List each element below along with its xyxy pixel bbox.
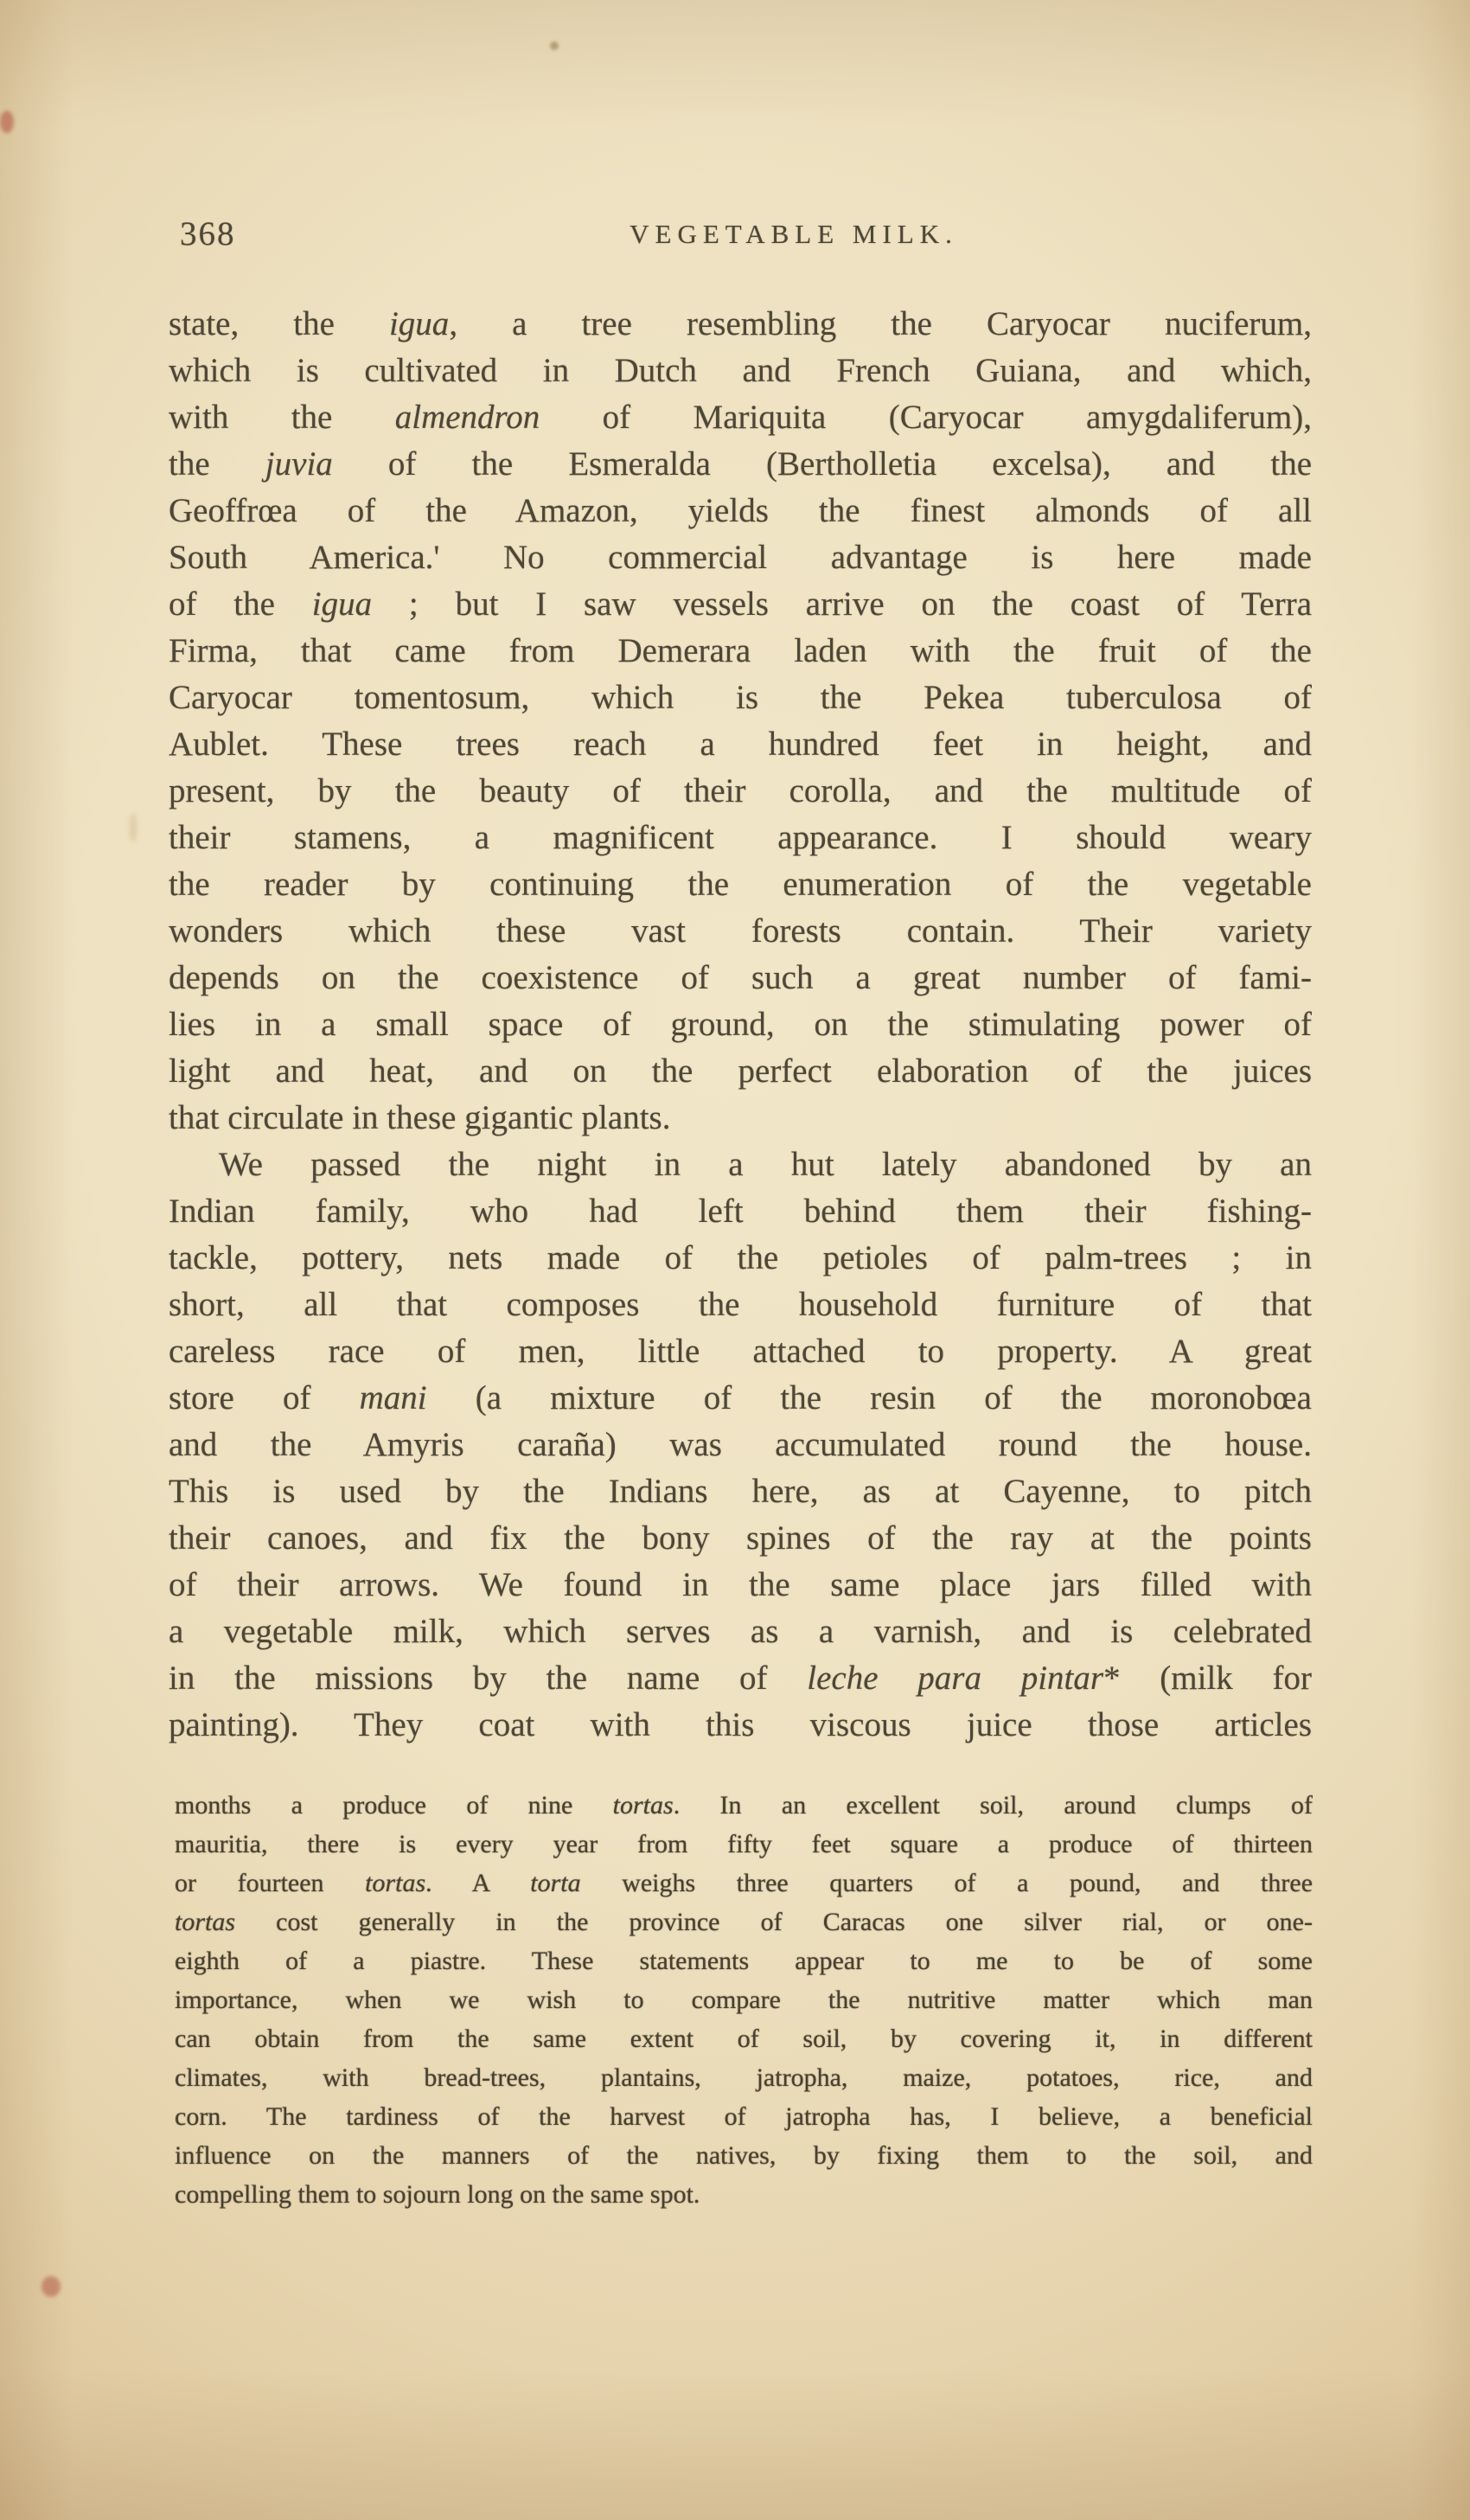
text-line: that circulate in these gigantic plants. xyxy=(169,1095,1312,1142)
text-line: in the missions by the name of leche par… xyxy=(169,1655,1312,1702)
text-line: tortas cost generally in the province of… xyxy=(175,1903,1313,1941)
stain-mark xyxy=(550,42,559,50)
footnote-block: months a produce of nine tortas. In an e… xyxy=(175,1786,1313,2214)
text-line: depends on the coexistence of such a gre… xyxy=(169,955,1312,1001)
text-line: short, all that composes the household f… xyxy=(169,1282,1312,1328)
text-line: South America.' No commercial advantage … xyxy=(169,534,1312,581)
text-line: the reader by continuing the enumeration… xyxy=(169,861,1312,908)
text-line: store of mani (a mixture of the resin of… xyxy=(169,1375,1312,1422)
text-line: which is cultivated in Dutch and French … xyxy=(169,348,1312,394)
text-line: a vegetable milk, which serves as a varn… xyxy=(169,1609,1312,1655)
book-page: 368 VEGETABLE MILK. state, the igua, a t… xyxy=(0,0,1470,2520)
text-line: wonders which these vast forests contain… xyxy=(169,908,1312,955)
text-line: their canoes, and fix the bony spines of… xyxy=(169,1515,1312,1562)
text-line: state, the igua, a tree resembling the C… xyxy=(169,301,1312,348)
text-line: their stamens, a magnificent appearance.… xyxy=(169,815,1312,861)
text-line: mauritia, there is every year from fifty… xyxy=(175,1825,1313,1864)
text-line: tackle, pottery, nets made of the petiol… xyxy=(169,1235,1312,1282)
text-line: the juvia of the Esmeralda (Bertholletia… xyxy=(169,441,1312,488)
main-text-block: state, the igua, a tree resembling the C… xyxy=(169,301,1312,1749)
text-line: with the almendron of Mariquita (Caryoca… xyxy=(169,394,1312,441)
text-line: and the Amyris caraña) was accumulated r… xyxy=(169,1422,1312,1468)
running-title: VEGETABLE MILK. xyxy=(630,219,958,250)
text-line: Geoffrœa of the Amazon, yields the fines… xyxy=(169,488,1312,534)
stain-mark xyxy=(42,2276,61,2297)
text-line: importance, when we wish to compare the … xyxy=(175,1980,1313,2019)
text-line: careless race of men, little attached to… xyxy=(169,1328,1312,1375)
stain-mark xyxy=(0,111,14,133)
text-line: present, by the beauty of their corolla,… xyxy=(169,768,1312,815)
text-line: lies in a small space of ground, on the … xyxy=(169,1001,1312,1048)
text-line: influence on the manners of the natives,… xyxy=(175,2136,1313,2175)
text-line: of their arrows. We found in the same pl… xyxy=(169,1562,1312,1609)
text-line: This is used by the Indians here, as at … xyxy=(169,1468,1312,1515)
stain-mark xyxy=(130,813,137,842)
text-line: painting). They coat with this viscous j… xyxy=(169,1702,1312,1749)
page-number: 368 xyxy=(180,214,236,253)
text-line: Aublet. These trees reach a hundred feet… xyxy=(169,721,1312,768)
text-line: light and heat, and on the perfect elabo… xyxy=(169,1048,1312,1095)
text-line: eighth of a piastre. These statements ap… xyxy=(175,1941,1313,1980)
text-line: months a produce of nine tortas. In an e… xyxy=(175,1786,1313,1825)
text-line: Caryocar tomentosum, which is the Pekea … xyxy=(169,675,1312,721)
text-line: Firma, that came from Demerara laden wit… xyxy=(169,628,1312,675)
text-line: climates, with bread-trees, plantains, j… xyxy=(175,2058,1313,2097)
text-line: can obtain from the same extent of soil,… xyxy=(175,2019,1313,2058)
text-line: or fourteen tortas. A torta weighs three… xyxy=(175,1864,1313,1903)
text-line: Indian family, who had left behind them … xyxy=(169,1188,1312,1235)
text-line: of the igua ; but I saw vessels arrive o… xyxy=(169,581,1312,628)
text-line: compelling them to sojourn long on the s… xyxy=(175,2175,1313,2214)
text-line: corn. The tardiness of the harvest of ja… xyxy=(175,2097,1313,2136)
text-line: We passed the night in a hut lately aban… xyxy=(169,1142,1312,1188)
